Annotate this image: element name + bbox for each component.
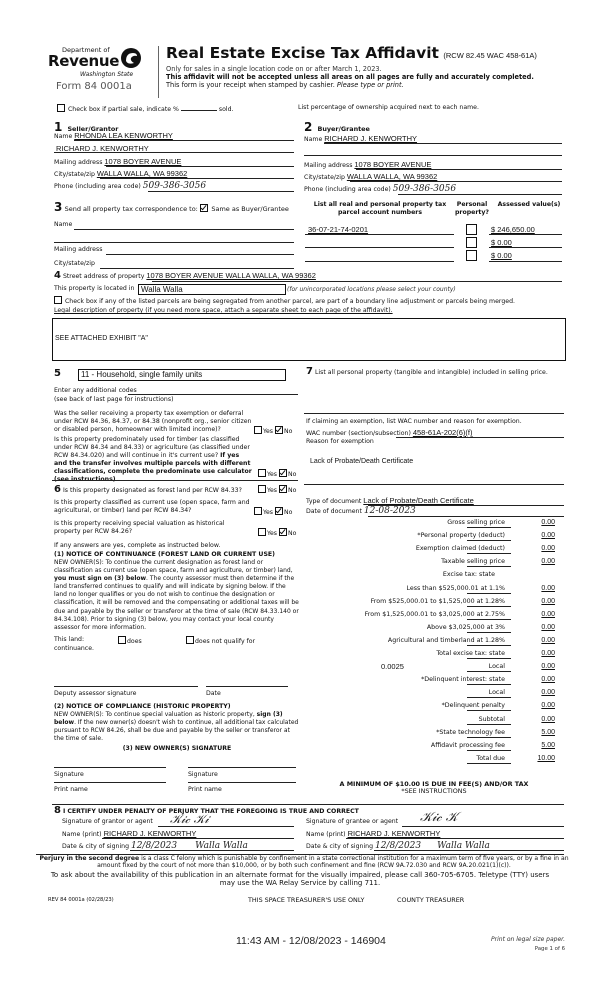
subtitle-3-italic: Please type or print. xyxy=(337,81,404,89)
partial-sale-label: Check box if partial sale, indicate % xyxy=(68,106,179,113)
see-instructions: *SEE INSTRUCTIONS xyxy=(304,787,564,795)
notice1-bold: you must sign on (3) below xyxy=(54,575,146,582)
grantee-signature[interactable] xyxy=(402,826,564,827)
calc-leader xyxy=(467,724,511,725)
calc-value[interactable]: 0.00 xyxy=(541,519,555,526)
notice2-text-b: . If the new owner(s) doesn't wish to co… xyxy=(54,719,298,742)
notice2-text-a: NEW OWNER(S): To continue special valuat… xyxy=(54,711,255,718)
exemption-claim-label: If claiming an exemption, list WAC numbe… xyxy=(306,418,522,426)
calc-label: Gross selling price xyxy=(447,519,505,526)
perjury-bold: Perjury in the second degree xyxy=(39,855,139,862)
exemption-yes-checkbox[interactable] xyxy=(254,426,262,434)
located-hint: (for unincorporated locations please sel… xyxy=(287,286,456,293)
calc-label: Local xyxy=(489,663,505,670)
calc-row: Gross selling price0.00 xyxy=(305,519,555,530)
calc-value[interactable]: 0.00 xyxy=(541,611,555,618)
exemption-answer: Yes No xyxy=(254,426,292,436)
yes-label: Yes xyxy=(263,428,273,435)
same-as-buyer-label: Same as Buyer/Grantee xyxy=(211,205,289,213)
instruct-text: If any answers are yes, complete as inst… xyxy=(54,542,220,550)
seller-city-label: City/state/zip xyxy=(54,171,95,178)
section-number-8: 8 xyxy=(54,805,61,816)
personal-property-checkbox[interactable] xyxy=(466,237,477,248)
buyer-phone-label: Phone (including area code) xyxy=(304,186,391,193)
calc-row: Excise tax: state xyxy=(305,571,555,582)
calc-row: *State technology fee5.00 xyxy=(305,729,555,740)
county-treasurer-label: COUNTY TREASURER xyxy=(397,896,464,904)
grantee-name-label: Name (print) xyxy=(306,831,346,838)
calc-label: From $1,525,000.01 to $3,025,000 at 2.75… xyxy=(365,611,505,618)
buyer-name-label: Name xyxy=(304,136,322,143)
wac-number[interactable]: 458-61A-202(6)(f) xyxy=(413,428,473,437)
doc-type-label: Type of document xyxy=(306,498,361,505)
calc-leader xyxy=(467,710,511,711)
new-owner-title: (3) NEW OWNER(S) SIGNATURE xyxy=(54,745,300,753)
calc-value[interactable]: 0.00 xyxy=(541,637,555,644)
calc-value[interactable]: 0.00 xyxy=(541,558,555,565)
forest-yes-checkbox[interactable] xyxy=(258,485,266,493)
does-checkbox[interactable] xyxy=(118,636,126,644)
personal-property-checkbox[interactable] xyxy=(466,250,477,261)
same-as-buyer-checkbox[interactable] xyxy=(200,204,208,212)
does-not-label: does not qualify for xyxy=(195,638,255,645)
calc-label: *State technology fee xyxy=(436,729,505,736)
historical-answer: Yes No xyxy=(258,528,296,538)
partial-sale-sold: sold. xyxy=(219,106,234,113)
correspondence-row: 3 Send all property tax correspondence t… xyxy=(54,203,289,214)
calc-label: Agricultural and timberland at 1.28% xyxy=(388,637,505,644)
owner-print-2[interactable] xyxy=(188,782,296,783)
calc-value[interactable]: 0.00 xyxy=(541,663,555,670)
section-number-7: 7 xyxy=(306,366,313,377)
calc-label: Less than $525,000.01 at 1.1% xyxy=(406,585,505,592)
historical-yes-checkbox[interactable] xyxy=(258,528,266,536)
calc-label: Excise tax: state xyxy=(443,571,495,578)
seller-phone[interactable]: 509-386-3056 xyxy=(143,181,206,191)
legal-label: Legal description of property (if you ne… xyxy=(54,307,393,315)
doc-date[interactable]: 12-08-2023 xyxy=(364,506,416,516)
historical-no-checkbox[interactable] xyxy=(279,528,287,536)
legal-description: SEE ATTACHED EXHIBIT "A" xyxy=(55,335,148,342)
form-number: Form 84 0001a xyxy=(56,81,132,92)
correspondence-label: Send all property tax correspondence to: xyxy=(65,205,198,213)
forest-answer: Yes No xyxy=(258,485,296,495)
calc-value[interactable]: 0.00 xyxy=(541,532,555,539)
timber-answer: Yes No xyxy=(258,469,296,479)
calc-leader xyxy=(467,645,511,646)
partial-sale-row: Check box if partial sale, indicate % so… xyxy=(57,104,233,114)
calc-leader xyxy=(467,619,511,620)
calc-value[interactable]: 0.00 xyxy=(541,716,555,723)
yes-label: Yes xyxy=(267,471,277,478)
corr-mailing-label: Mailing address xyxy=(54,246,102,254)
section-number-3: 3 xyxy=(54,200,62,214)
seller-mailing[interactable]: 1078 BOYER AVENUE xyxy=(104,157,181,166)
buyer-phone-row: Phone (including area code) 509-386-3056 xyxy=(304,185,456,194)
owner-signature-2[interactable] xyxy=(188,767,296,768)
buyer-section: 2 Buyer/Grantee xyxy=(304,116,370,135)
grantor-signature-scribble: 𝒦𝒾𝒸 𝒦𝒾 xyxy=(170,812,209,827)
calc-label: Local xyxy=(489,689,505,696)
calc-label: *Personal property (deduct) xyxy=(417,532,505,539)
calc-row: Above $3,025,000 at 3%0.00 xyxy=(305,624,555,635)
personal-property-field[interactable] xyxy=(304,413,564,414)
certify-text: I CERTIFY UNDER PENALTY OF PERJURY THAT … xyxy=(63,808,359,815)
notice2-title: (2) NOTICE OF COMPLIANCE (HISTORIC PROPE… xyxy=(54,703,231,711)
buyer-title: Buyer/Grantee xyxy=(317,125,369,133)
owner-signature-1[interactable] xyxy=(54,767,166,768)
calc-leader xyxy=(467,593,511,594)
buyer-phone[interactable]: 509-386-3056 xyxy=(393,184,456,194)
seller-name-label: Name xyxy=(54,133,72,140)
corr-mailing-field[interactable] xyxy=(106,254,294,255)
corr-name-label: Name xyxy=(54,221,72,229)
timber-question: Is this property predominately used for … xyxy=(54,436,254,484)
street-label: Street address of property xyxy=(63,273,144,280)
print-name-label-2: Print name xyxy=(188,786,222,794)
does-not-checkbox[interactable] xyxy=(186,636,194,644)
grantor-sig-label: Signature of grantor or agent xyxy=(62,818,153,826)
no-label: No xyxy=(284,509,292,516)
personal-property-label: 7 List all personal property (tangible a… xyxy=(306,368,564,377)
local-rate: 0.0025 xyxy=(381,662,404,671)
calc-leader xyxy=(467,763,511,764)
calc-label: Subtotal xyxy=(479,716,505,723)
forest-question-text: Is this property designated as forest la… xyxy=(63,487,242,494)
calc-leader xyxy=(467,566,511,567)
calc-label: *Delinquent interest: state xyxy=(421,676,505,683)
calc-leader xyxy=(467,606,511,607)
no-label: No xyxy=(288,487,296,494)
grantee-signature-scribble: 𝒦𝒾𝒸 𝒦 xyxy=(420,810,458,825)
calc-leader xyxy=(467,737,511,738)
calc-label: Exemption claimed (deduct) xyxy=(416,545,505,552)
calc-value[interactable]: 0.00 xyxy=(541,545,555,552)
timber-yes-checkbox[interactable] xyxy=(258,469,266,477)
owner-print-1[interactable] xyxy=(54,782,166,783)
signature-label-1: Signature xyxy=(54,771,84,779)
current-use-question: Is this property classified as current u… xyxy=(54,499,254,515)
personal-property-checkbox[interactable] xyxy=(466,224,477,235)
calc-leader xyxy=(467,553,511,554)
grantee-sig-label: Signature of grantee or agent xyxy=(306,818,398,826)
doc-date-label: Date of document xyxy=(306,508,362,515)
calc-value[interactable]: 0.00 xyxy=(541,624,555,631)
agency-logo: Department of Revenue Washington State F… xyxy=(48,44,158,106)
calc-row: *Delinquent interest: state0.00 xyxy=(305,676,555,687)
yes-label: Yes xyxy=(267,530,277,537)
buyer-mailing-label: Mailing address xyxy=(304,162,352,169)
grantor-name[interactable]: RICHARD J. KENWORTHY xyxy=(104,829,197,838)
calc-value[interactable]: 0.00 xyxy=(541,689,555,696)
calc-leader xyxy=(467,684,511,685)
corr-city-label: City/state/zip xyxy=(54,260,95,268)
calc-label: Total excise tax: state xyxy=(436,650,505,657)
calc-row: *Personal property (deduct)0.00 xyxy=(305,532,555,543)
yes-label: Yes xyxy=(263,509,273,516)
parcel-number[interactable] xyxy=(305,247,454,248)
ownership-note: List percentage of ownership acquired ne… xyxy=(298,104,479,112)
current-use-no-checkbox[interactable] xyxy=(275,507,283,515)
notice1-title: (1) NOTICE OF CONTINUANCE (FOREST LAND O… xyxy=(54,551,275,559)
does-option: does xyxy=(118,636,142,646)
seller-phone-row: Phone (including area code) 509-386-3056 xyxy=(54,182,206,191)
assessed-value[interactable]: $ 246,650.00 xyxy=(491,225,535,234)
forest-question: 6 Is this property designated as forest … xyxy=(54,486,242,495)
perjury-text: is a class C felony which is punishable … xyxy=(97,855,568,869)
calc-label: Total due xyxy=(476,755,505,762)
calc-value[interactable]: 0.00 xyxy=(541,585,555,592)
revenue-swirl-icon xyxy=(120,47,142,69)
parcels-header: List all real and personal property tax … xyxy=(308,201,452,217)
calc-label: Taxable selling price xyxy=(441,558,505,565)
land-use-code-select[interactable]: 11 - Household, single family units xyxy=(78,369,286,381)
calc-row: Affidavit processing fee5.00 xyxy=(305,742,555,753)
notice1-text-a: NEW OWNER(S): To continue the current de… xyxy=(54,559,293,574)
calc-row: Total due10.00 xyxy=(305,755,555,766)
timber-no-checkbox[interactable] xyxy=(279,469,287,477)
buyer-name-1[interactable]: RICHARD J. KENWORTHY xyxy=(324,134,417,143)
section-number-2: 2 xyxy=(304,120,312,134)
personal-header: Personal property? xyxy=(452,201,492,217)
deputy-sig-label: Deputy assessor signature xyxy=(54,690,136,698)
partial-sale-checkbox[interactable] xyxy=(57,104,65,112)
calc-value[interactable]: 0.00 xyxy=(541,598,555,605)
seller-city[interactable]: WALLA WALLA, WA 99362 xyxy=(97,169,187,178)
calc-row: Agricultural and timberland at 1.28%0.00 xyxy=(305,637,555,648)
historical-question: Is this property receiving special valua… xyxy=(54,520,244,536)
treasurer-stamp: 11:43 AM - 12/08/2023 - 146904 xyxy=(236,935,386,947)
calc-leader xyxy=(467,540,511,541)
buyer-city-label: City/state/zip xyxy=(304,174,345,181)
no-label: No xyxy=(288,530,296,537)
buyer-city[interactable]: WALLA WALLA, WA 99362 xyxy=(347,172,437,181)
additional-codes-field[interactable] xyxy=(128,394,298,395)
calc-row: Total excise tax: state0.00 xyxy=(305,650,555,661)
deputy-date-label: Date xyxy=(206,690,221,698)
deputy-date-field[interactable] xyxy=(206,686,288,687)
street-row: 4 Street address of property 1078 BOYER … xyxy=(54,272,316,281)
form-title: Real Estate Excise Tax Affidavit xyxy=(166,44,439,62)
legal-description-box[interactable]: SEE ATTACHED EXHIBIT "A" xyxy=(52,318,566,361)
reason-label: Reason for exemption xyxy=(306,438,374,446)
form-subtitle-1: Only for sales in a single location code… xyxy=(166,65,586,73)
additional-codes-label: Enter any additional codes xyxy=(54,387,137,395)
corr-name-field[interactable] xyxy=(74,229,294,230)
deputy-signature-field[interactable] xyxy=(54,686,198,687)
assessed-header: Assessed value(s) xyxy=(494,201,564,209)
current-use-yes-checkbox[interactable] xyxy=(254,507,262,515)
calc-row: Taxable selling price0.00 xyxy=(305,558,555,569)
doc-type[interactable]: Lack of Probate/Death Certificate xyxy=(363,496,473,505)
notice2-body: NEW OWNER(S): To continue special valuat… xyxy=(54,711,300,743)
signature-label-2: Signature xyxy=(188,771,218,779)
section-number-5: 5 xyxy=(54,368,61,379)
calc-value[interactable]: 0.00 xyxy=(541,702,555,709)
revision-label: REV 84 0001a (02/28/23) xyxy=(48,897,114,903)
segregated-label: Check box if any of the listed parcels a… xyxy=(65,298,515,305)
grantee-date-label: Date & city of signing xyxy=(306,843,373,850)
calc-leader xyxy=(467,697,511,698)
wac-label: WAC number (section/subsection) xyxy=(306,430,411,437)
subtitle-3-text: This form is your receipt when stamped b… xyxy=(166,81,335,89)
seller-mailing-label: Mailing address xyxy=(54,159,102,166)
calc-value[interactable]: 0.00 xyxy=(541,650,555,657)
form-title-ref: (RCW 82.45 WAC 458-61A) xyxy=(443,51,537,60)
segregated-checkbox[interactable] xyxy=(54,296,62,304)
agency-state: Washington State xyxy=(80,71,133,78)
calc-label: Affidavit processing fee xyxy=(431,742,505,749)
calc-value[interactable]: 5.00 xyxy=(541,742,555,749)
no-label: No xyxy=(284,428,292,435)
reason-value[interactable]: Lack of Probate/Death Certificate xyxy=(310,458,413,465)
assessed-value[interactable]: $ 0.00 xyxy=(491,238,512,247)
parcel-number[interactable]: 36-07-21-74-0201 xyxy=(308,225,368,234)
calc-row: From $1,525,000.01 to $3,025,000 at 2.75… xyxy=(305,611,555,622)
section7-label: List all personal property (tangible and… xyxy=(315,369,548,376)
additional-codes-hint: (see back of last page for instructions) xyxy=(54,396,174,404)
page-number: Page 1 of 6 xyxy=(430,946,565,952)
calc-row: Local0.00 xyxy=(305,689,555,700)
segregated-row: Check box if any of the listed parcels a… xyxy=(54,296,574,306)
form-title-block: Real Estate Excise Tax Affidavit (RCW 82… xyxy=(166,44,586,89)
form-subtitle-2: This affidavit will not be accepted unle… xyxy=(166,73,586,81)
forest-no-checkbox[interactable] xyxy=(279,485,287,493)
print-name-label-1: Print name xyxy=(54,786,88,794)
treasurer-use-label: THIS SPACE TREASURER'S USE ONLY xyxy=(248,896,364,904)
does-label: does xyxy=(127,638,142,645)
calc-leader xyxy=(467,671,511,672)
calc-label: Above $3,025,000 at 3% xyxy=(427,624,505,631)
exemption-no-checkbox[interactable] xyxy=(275,426,283,434)
assessed-value[interactable]: $ 0.00 xyxy=(491,251,512,260)
calc-row: Local0.00250.00 xyxy=(305,663,555,674)
grantee-name[interactable]: RICHARD J. KENWORTHY xyxy=(348,829,441,838)
no-label: No xyxy=(288,471,296,478)
alternate-format-note: To ask about the availability of this pu… xyxy=(50,872,550,887)
exemption-question: Was the seller receiving a property tax … xyxy=(54,410,254,434)
seller-phone-label: Phone (including area code) xyxy=(54,183,141,190)
street-address[interactable]: 1078 BOYER AVENUE WALLA WALLA, WA 99362 xyxy=(146,271,316,280)
notice1-text-b: . The county assessor must then determin… xyxy=(54,575,299,631)
calc-leader xyxy=(467,658,511,659)
current-use-answer: Yes No xyxy=(254,507,292,517)
calc-value[interactable]: 0.00 xyxy=(541,676,555,683)
notice1-body: NEW OWNER(S): To continue the current de… xyxy=(54,559,300,632)
buyer-mailing[interactable]: 1078 BOYER AVENUE xyxy=(354,160,431,169)
print-legal-note: Print on legal size paper. xyxy=(430,936,565,943)
calc-value[interactable]: 5.00 xyxy=(541,729,555,736)
calc-row: Less than $525,000.01 at 1.1%0.00 xyxy=(305,585,555,596)
does-not-option: does not qualify for xyxy=(186,636,255,646)
parcel-number[interactable] xyxy=(305,261,454,262)
calc-row: From $525,000.01 to $1,525,000 at 1.28%0… xyxy=(305,598,555,609)
calc-row: Exemption claimed (deduct)0.00 xyxy=(305,545,555,556)
form-subtitle-3: This form is your receipt when stamped b… xyxy=(166,81,586,89)
calc-leader xyxy=(467,750,511,751)
calc-leader xyxy=(467,527,511,528)
located-label: This property is located in xyxy=(54,285,134,293)
yes-label: Yes xyxy=(267,487,277,494)
calc-label: From $525,000.01 to $1,525,000 at 1.28% xyxy=(371,598,505,605)
grantor-date-label: Date & city of signing xyxy=(62,843,129,850)
section-number-4: 4 xyxy=(54,270,61,281)
perjury-notice: Perjury in the second degree is a class … xyxy=(34,855,574,870)
calc-label: *Delinquent penalty xyxy=(442,702,505,709)
calc-row: *Delinquent penalty0.00 xyxy=(305,702,555,713)
calc-value[interactable]: 10.00 xyxy=(537,755,555,762)
this-land-label: This land: xyxy=(54,636,84,644)
agency-name: Revenue xyxy=(48,52,119,70)
grantor-name-label: Name (print) xyxy=(62,831,102,838)
calc-leader xyxy=(467,632,511,633)
county-select[interactable]: Walla Walla xyxy=(138,284,286,295)
doc-date-row: Date of document 12-08-2023 xyxy=(306,507,416,516)
section-number-6: 6 xyxy=(54,484,61,495)
calc-row: Subtotal0.00 xyxy=(305,716,555,727)
seller-name-1[interactable]: RHONDA LEA KENWORTHY xyxy=(74,131,173,140)
corr-city-field[interactable] xyxy=(100,268,294,269)
continuance-label: continuance. xyxy=(54,645,94,653)
